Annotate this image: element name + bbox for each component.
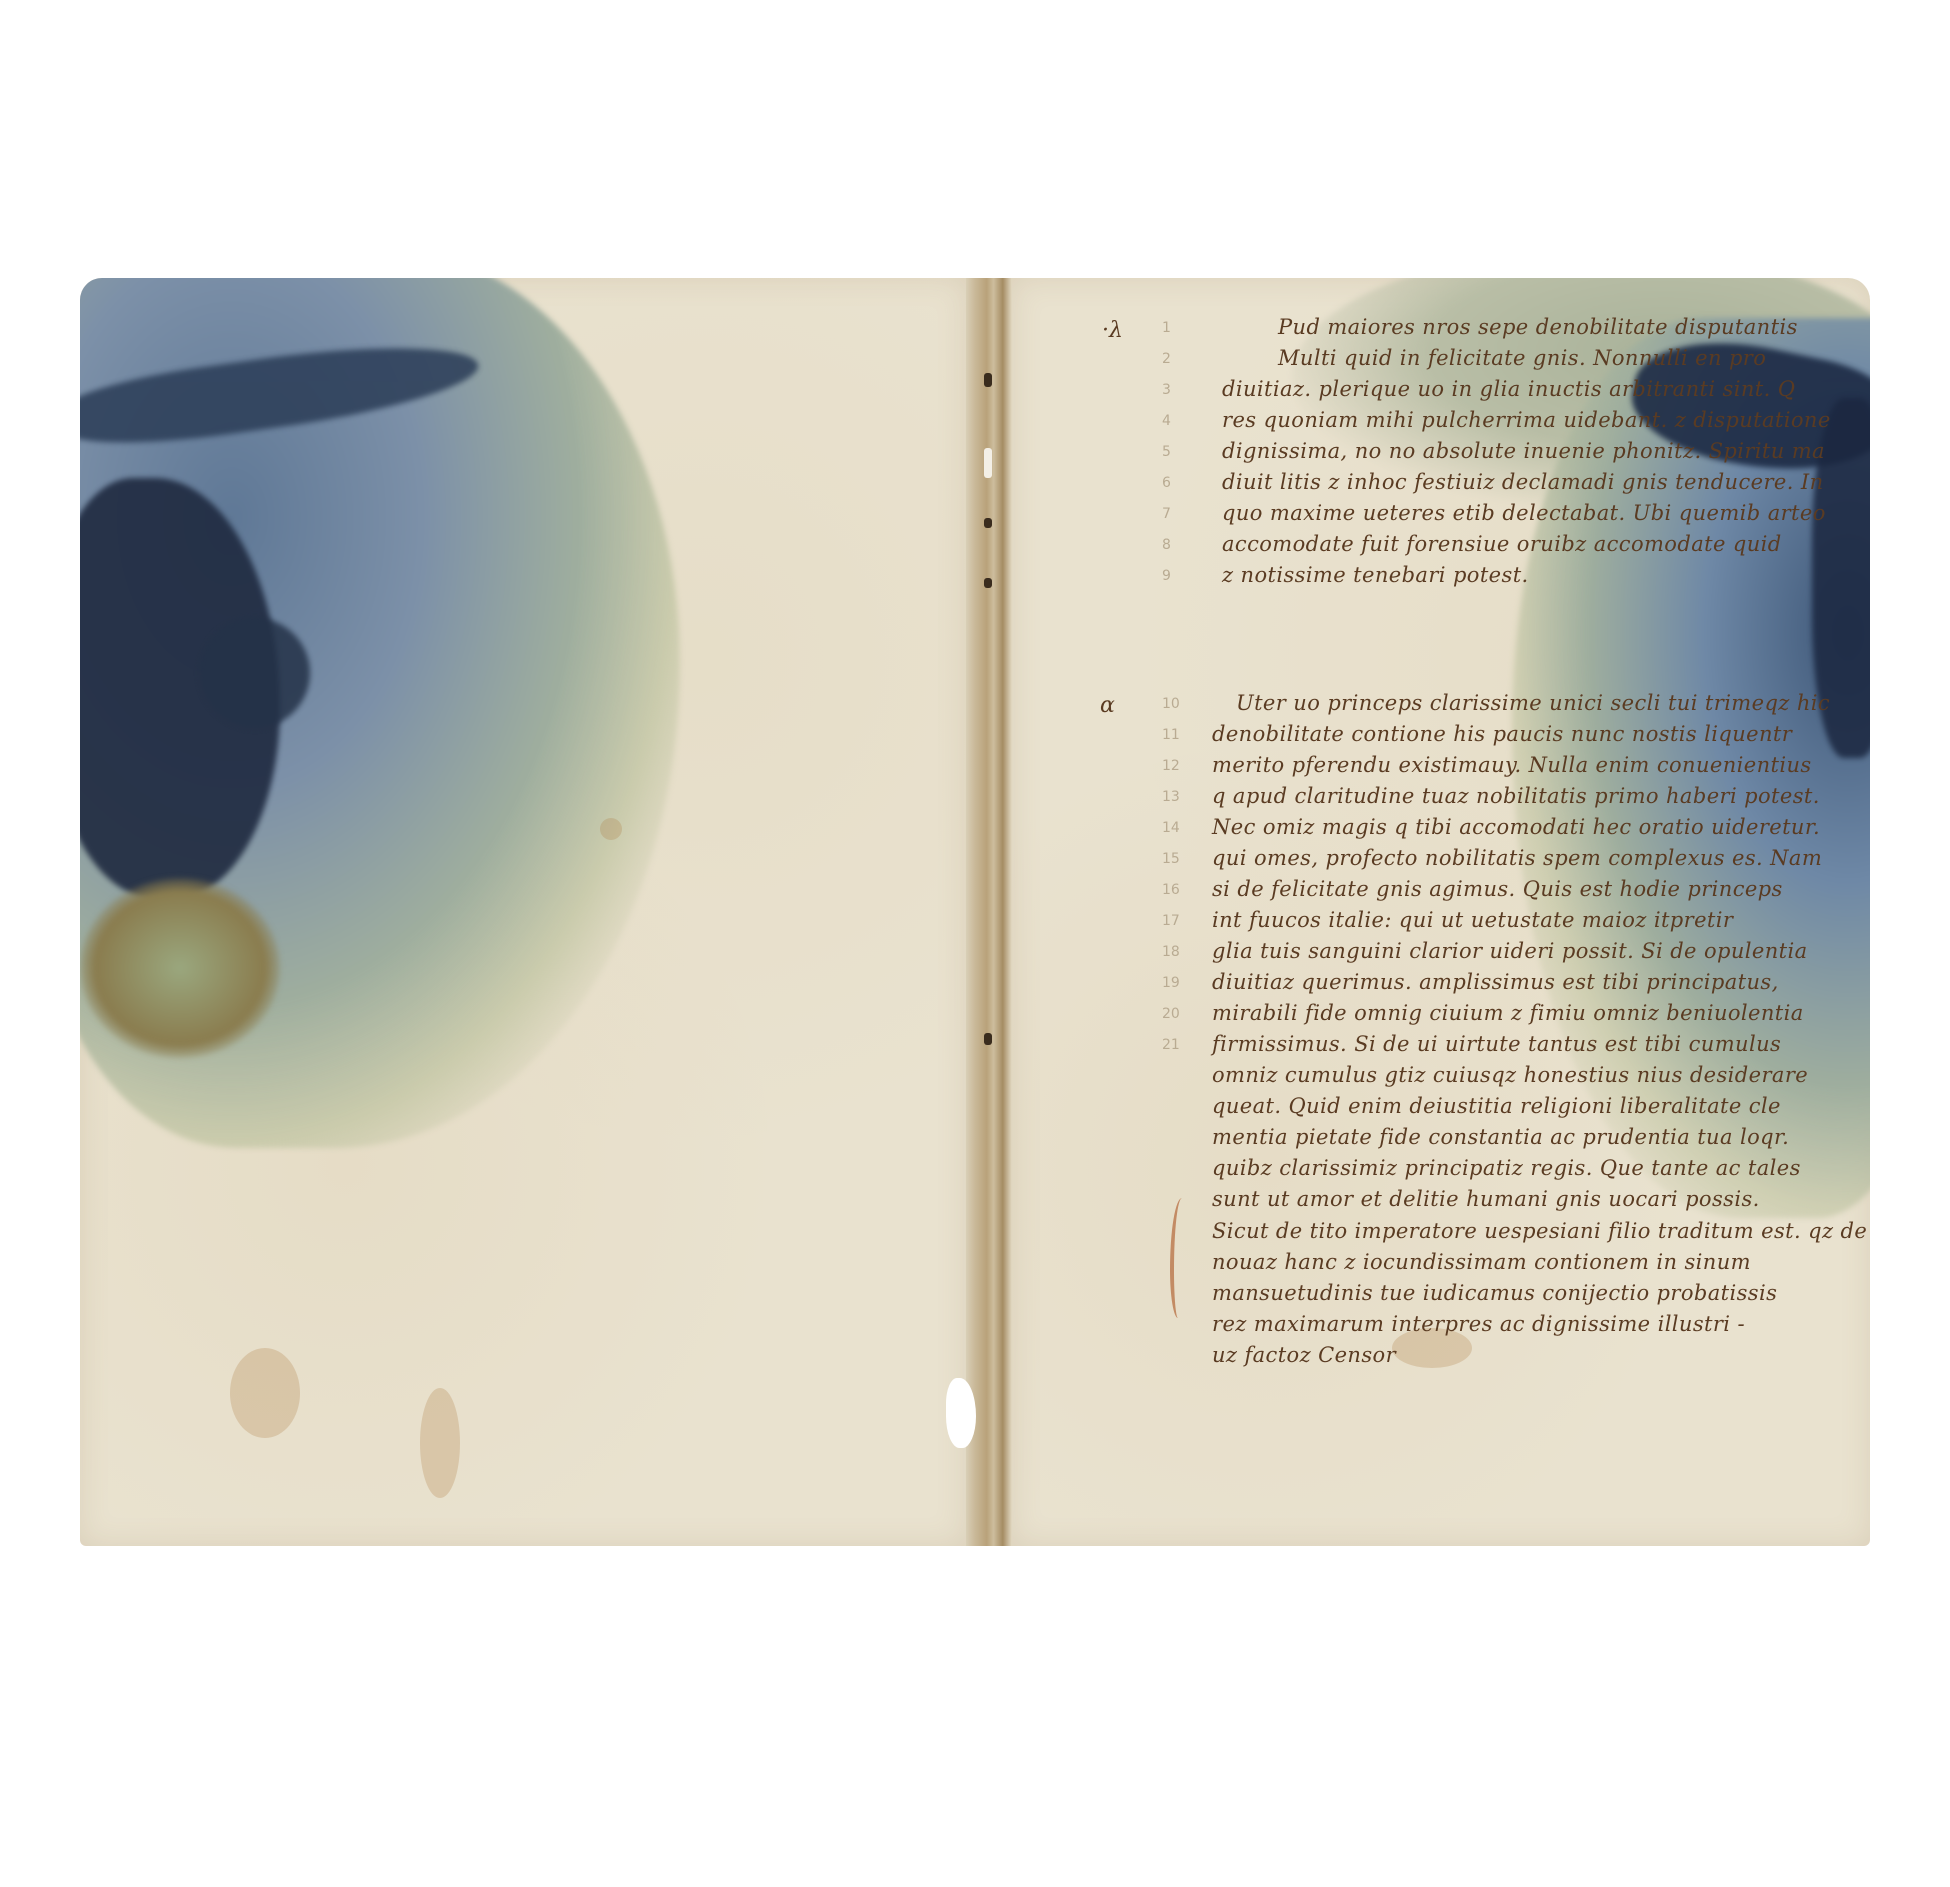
line-number: 9	[1162, 568, 1171, 584]
text-line: res quoniam mihi pulcherrima uidebant. z…	[1222, 405, 1831, 436]
line-number: 4	[1162, 413, 1171, 429]
line-number: 2	[1162, 351, 1171, 367]
line-number: 5	[1162, 444, 1171, 460]
text-line: int fuucos italie: qui ut uetustate maio…	[1212, 905, 1830, 936]
text-line: queat. Quid enim deiustitia religioni li…	[1212, 1091, 1830, 1122]
ink-stain-blob	[200, 618, 310, 728]
line-number: 3	[1162, 382, 1171, 398]
text-line: omniz cumulus gtiz cuiusqz honestius niu…	[1212, 1060, 1830, 1091]
line-number: 8	[1162, 537, 1171, 553]
text-line: mentia pietate fide constantia ac pruden…	[1212, 1122, 1830, 1153]
text-line: diuit litis z inhoc festiuiz declamadi g…	[1222, 467, 1831, 498]
line-number: 13	[1162, 789, 1180, 805]
line-number: 21	[1162, 1037, 1180, 1053]
text-line: q apud claritudine tuaz nobilitatis prim…	[1212, 781, 1830, 812]
foxing-spot	[420, 1388, 460, 1498]
text-line: diuitiaz. plerique uo in glia inuctis ar…	[1222, 374, 1831, 405]
text-line: Multi quid in felicitate gnis. Nonnulli …	[1222, 343, 1831, 374]
margin-mark: ·λ	[1102, 318, 1123, 343]
line-number: 7	[1162, 506, 1171, 522]
line-number: 11	[1162, 727, 1180, 743]
spine	[966, 278, 1012, 1546]
line-number: 6	[1162, 475, 1171, 491]
text-line: firmissimus. Si de ui uirtute tantus est…	[1212, 1029, 1830, 1060]
left-page	[80, 278, 966, 1546]
text-line: quo maxime ueteres etib delectabat. Ubi …	[1222, 498, 1831, 529]
text-line: quibz clarissimiz principatiz regis. Que…	[1212, 1153, 1830, 1184]
paragraph-1: Pud maiores nros sepe denobilitate dispu…	[1222, 312, 1831, 591]
red-chalk-mark	[1170, 1198, 1190, 1318]
text-line: qui omes, profecto nobilitatis spem comp…	[1212, 843, 1830, 874]
stain-tide-line	[80, 878, 280, 1058]
sewing-hole	[984, 578, 992, 588]
text-line: Sicut de tito imperatore uespesiani fili…	[1212, 1216, 1867, 1247]
text-line: Nec omiz magis q tibi accomodati hec ora…	[1212, 812, 1830, 843]
text-line: glia tuis sanguini clarior uideri possit…	[1212, 936, 1830, 967]
text-line: accomodate fuit forensiue oruibz accomod…	[1222, 529, 1831, 560]
paragraph-3: Sicut de tito imperatore uespesiani fili…	[1212, 1216, 1867, 1371]
text-line: Uter uo princeps clarissime unici secli …	[1212, 688, 1830, 719]
foxing-spot	[230, 1348, 300, 1438]
sewing-hole	[984, 1033, 992, 1045]
paragraph-2: Uter uo princeps clarissime unici secli …	[1212, 688, 1830, 1215]
line-number: 14	[1162, 820, 1180, 836]
line-number: 20	[1162, 1006, 1180, 1022]
line-number: 17	[1162, 913, 1180, 929]
sewing-hole	[984, 448, 992, 478]
text-line: nouaz hanc z iocundissimam contionem in …	[1212, 1247, 1867, 1278]
text-line: mansuetudinis tue iudicamus conijectio p…	[1212, 1278, 1867, 1309]
text-line: Pud maiores nros sepe denobilitate dispu…	[1222, 312, 1831, 343]
line-number: 1	[1162, 320, 1171, 336]
text-line: si de felicitate gnis agimus. Quis est h…	[1212, 874, 1830, 905]
margin-mark: ɑ	[1100, 693, 1115, 718]
right-page: ·λ ɑ Pud maiores nros sepe denobilitate …	[1012, 278, 1870, 1546]
paper-tear	[946, 1378, 976, 1448]
line-number: 16	[1162, 882, 1180, 898]
sewing-hole	[984, 518, 992, 528]
text-line: rez maximarum interpres ac dignissime il…	[1212, 1309, 1867, 1340]
sewing-hole	[984, 373, 992, 387]
text-line: denobilitate contione his paucis nunc no…	[1212, 719, 1830, 750]
manuscript-spread: ·λ ɑ Pud maiores nros sepe denobilitate …	[80, 278, 1870, 1546]
text-line: mirabili fide omnig ciuium z fimiu omniz…	[1212, 998, 1830, 1029]
line-number: 10	[1162, 696, 1180, 712]
line-number: 19	[1162, 975, 1180, 991]
foxing-spot	[600, 818, 622, 840]
line-number: 15	[1162, 851, 1180, 867]
line-number: 18	[1162, 944, 1180, 960]
text-line: merito pferendu existimauy. Nulla enim c…	[1212, 750, 1830, 781]
text-line: diuitiaz querimus. amplissimus est tibi …	[1212, 967, 1830, 998]
line-number: 12	[1162, 758, 1180, 774]
text-line: sunt ut amor et delitie humani gnis uoca…	[1212, 1184, 1830, 1215]
text-line: dignissima, no no absolute inuenie phoni…	[1222, 436, 1831, 467]
text-line: z notissime tenebari potest.	[1222, 560, 1831, 591]
text-line: uz factoz Censor	[1212, 1340, 1867, 1371]
